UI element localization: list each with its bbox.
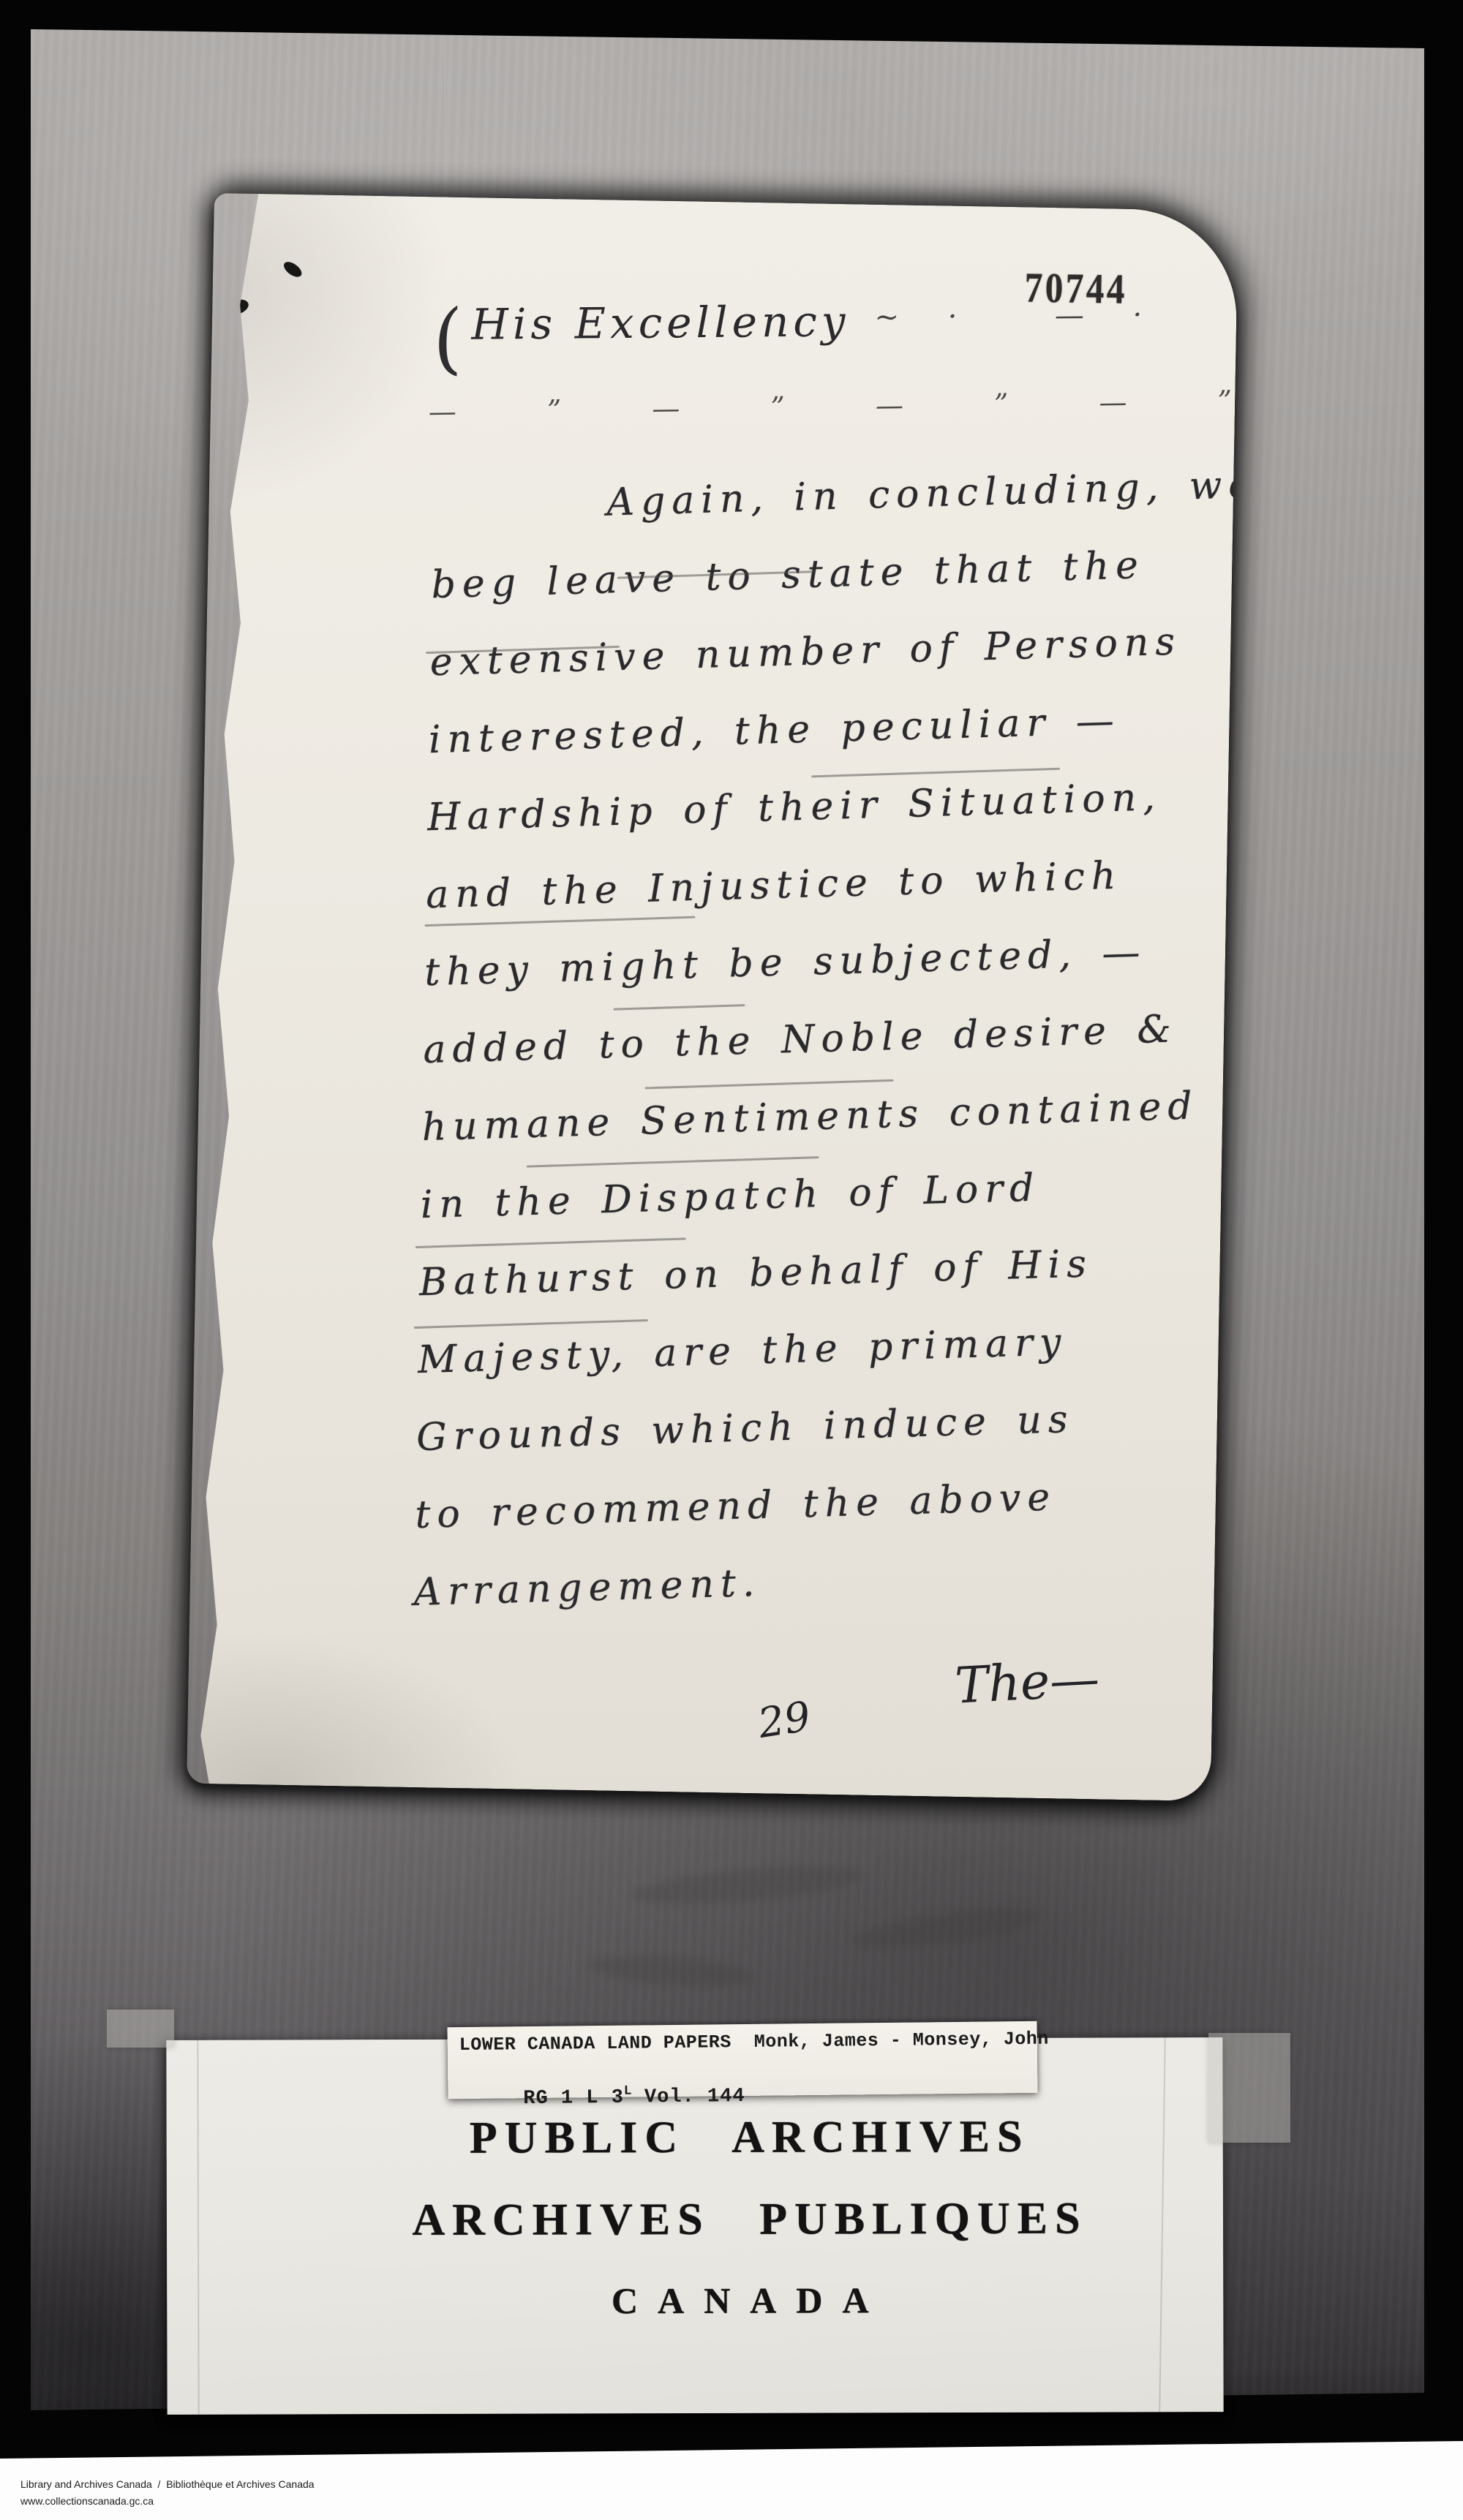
- label-line-1: LOWER CANADA LAND PAPERS Monk, James - M…: [459, 2029, 1049, 2056]
- salutation-row: (His Excellency~ · — · — ·: [431, 283, 1327, 380]
- label-line-2: RG 1 L 3L Vol. 144: [473, 2061, 745, 2132]
- footer-credit-line: Library and Archives Canada / Bibliothèq…: [20, 2479, 315, 2489]
- card-title-en: PUBLIC ARCHIVES: [277, 2110, 1223, 2165]
- catchword-text: The: [954, 1653, 1051, 1716]
- ink-ghost: [630, 1859, 866, 1912]
- ink-ghost: [586, 1951, 756, 1991]
- label-volume: Vol. 144: [632, 2086, 745, 2109]
- letter-body: Again, in concluding, we beg leave to st…: [413, 469, 1187, 1645]
- label-reference: RG 1 L 3: [523, 2087, 624, 2110]
- ink-blot: [281, 259, 304, 280]
- tape-patch: [1208, 2033, 1290, 2143]
- catchword-flourish: —: [1048, 1651, 1097, 1710]
- letter-page: 70744 (His Excellency~ · — · — · — ” — ”…: [187, 193, 1238, 1801]
- salutation-flourish: (: [424, 293, 470, 385]
- tape-patch: [107, 2010, 174, 2048]
- typed-label: LOWER CANADA LAND PAPERS Monk, James - M…: [448, 2021, 1038, 2099]
- catchword: The—: [954, 1651, 1097, 1716]
- salutation: His Excellency: [471, 296, 850, 350]
- reference-sup: L: [624, 2084, 632, 2099]
- page-number: 29: [755, 1693, 814, 1748]
- card-country: CANADA: [277, 2278, 1223, 2323]
- ink-ghost: [849, 1900, 1041, 1957]
- card-crease: [197, 2040, 199, 2415]
- card-title-fr: ARCHIVES PUBLIQUES: [277, 2192, 1223, 2247]
- scan-canvas: { "document": { "stamp_number": "70744",…: [0, 0, 1463, 2520]
- footer-strip: Library and Archives Canada / Bibliothèq…: [0, 2421, 1463, 2520]
- ditto-marks: — ” — ” — ” — ” — ”: [429, 385, 1190, 429]
- footer-url: www.collectionscanada.gc.ca: [20, 2496, 154, 2506]
